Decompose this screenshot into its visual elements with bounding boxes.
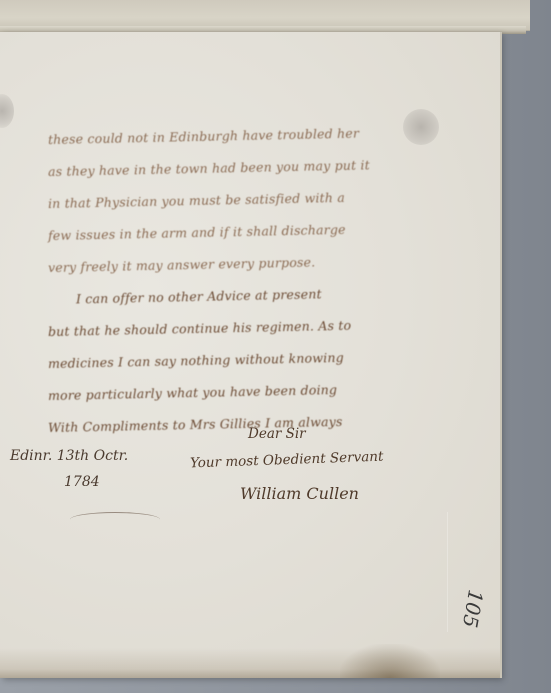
foxing-spot bbox=[0, 94, 14, 128]
edge-stain bbox=[340, 644, 440, 678]
letter-body: these could not in Edinburgh have troubl… bbox=[48, 124, 468, 444]
place-date: Edinr. 13th Octr. bbox=[10, 448, 128, 464]
signature: William Cullen bbox=[240, 484, 359, 503]
salutation: Dear Sir bbox=[248, 426, 306, 442]
date-flourish bbox=[70, 512, 160, 527]
letter-year: 1784 bbox=[64, 474, 100, 490]
paper-crease bbox=[447, 512, 448, 632]
